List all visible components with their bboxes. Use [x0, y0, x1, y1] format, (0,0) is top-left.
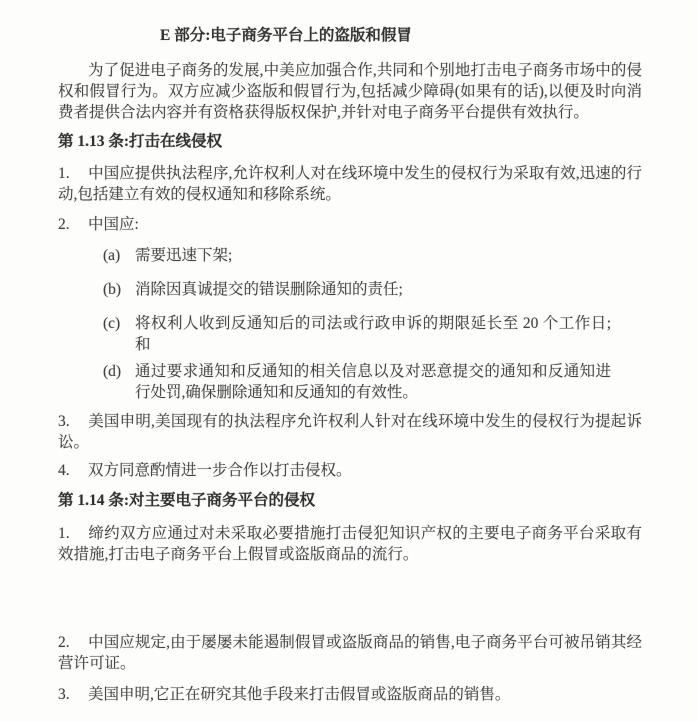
item-number: 1.	[58, 523, 88, 544]
list-item: 1.缔约双方应通过对未采取必要措施打击侵犯知识产权的主要电子商务平台采取有效措施…	[58, 523, 642, 565]
list-item: 4.双方同意酌情进一步合作以打击侵权。	[58, 460, 642, 481]
sub-item-text: 需要迅速下架;	[135, 245, 232, 266]
scanned-document-page: E 部分:电子商务平台上的盗版和假冒 为了促进电子商务的发展,中美应加强合作,共…	[0, 0, 698, 721]
list-item: 3.美国申明,它正在研究其他手段来打击假冒或盗版商品的销售。	[58, 684, 642, 705]
item-text: 中国应:	[88, 216, 139, 233]
sub-item-label: (b)	[103, 279, 135, 300]
item-text: 双方同意酌情进一步合作以打击侵权。	[88, 462, 352, 479]
item-text: 中国应规定,由于屡屡未能遏制假冒或盗版商品的销售,电子商务平台可被吊销其经营许可…	[58, 634, 642, 672]
item-number: 4.	[58, 460, 88, 481]
item-text: 美国申明,它正在研究其他手段来打击假冒或盗版商品的销售。	[88, 686, 510, 703]
article-1-13-heading: 第 1.13 条:打击在线侵权	[58, 132, 642, 152]
sub-item-label: (a)	[103, 245, 135, 266]
sub-item-text: 将权利人收到反通知后的司法或行政申诉的期限延长至 20 个工作日;和	[135, 313, 611, 355]
intro-paragraph: 为了促进电子商务的发展,中美应加强合作,共同和个别地打击电子商务市场中的侵权和假…	[58, 60, 642, 123]
item-number: 3.	[58, 684, 88, 705]
article-1-14-heading: 第 1.14 条:对主要电子商务平台的侵权	[58, 491, 642, 511]
list-item: 2.中国应:	[58, 214, 642, 235]
list-item: 1.中国应提供执法程序,允许权利人对在线环境中发生的侵权行为采取有效,迅速的行动…	[58, 163, 642, 205]
sub-item-label: (d)	[103, 361, 135, 403]
item-number: 2.	[58, 632, 88, 653]
sub-list-item: (b) 消除因真诚提交的错误删除通知的责任;	[103, 279, 642, 300]
sub-list-item: (a) 需要迅速下架;	[103, 245, 642, 266]
item-number: 1.	[58, 163, 88, 184]
sub-item-label: (c)	[103, 313, 135, 355]
item-text: 缔约双方应通过对未采取必要措施打击侵犯知识产权的主要电子商务平台采取有效措施,打…	[58, 525, 642, 563]
item-text: 美国申明,美国现有的执法程序允许权利人针对在线环境中发生的侵权行为提起诉讼。	[58, 413, 642, 451]
document-content: E 部分:电子商务平台上的盗版和假冒 为了促进电子商务的发展,中美应加强合作,共…	[0, 0, 698, 705]
list-item: 2.中国应规定,由于屡屡未能遏制假冒或盗版商品的销售,电子商务平台可被吊销其经营…	[58, 632, 642, 674]
sub-list-item: (c) 将权利人收到反通知后的司法或行政申诉的期限延长至 20 个工作日;和	[103, 313, 642, 355]
sub-item-text: 消除因真诚提交的错误删除通知的责任;	[135, 279, 403, 300]
list-item: 3.美国申明,美国现有的执法程序允许权利人针对在线环境中发生的侵权行为提起诉讼。	[58, 411, 642, 453]
sub-list-item: (d) 通过要求通知和反通知的相关信息以及对恶意提交的通知和反通知进行处罚,确保…	[103, 361, 642, 403]
section-title: E 部分:电子商务平台上的盗版和假冒	[160, 26, 642, 46]
item-number: 2.	[58, 214, 88, 235]
item-number: 3.	[58, 411, 88, 432]
item-text: 中国应提供执法程序,允许权利人对在线环境中发生的侵权行为采取有效,迅速的行动,包…	[58, 165, 642, 203]
sub-item-text: 通过要求通知和反通知的相关信息以及对恶意提交的通知和反通知进行处罚,确保删除通知…	[135, 361, 611, 403]
